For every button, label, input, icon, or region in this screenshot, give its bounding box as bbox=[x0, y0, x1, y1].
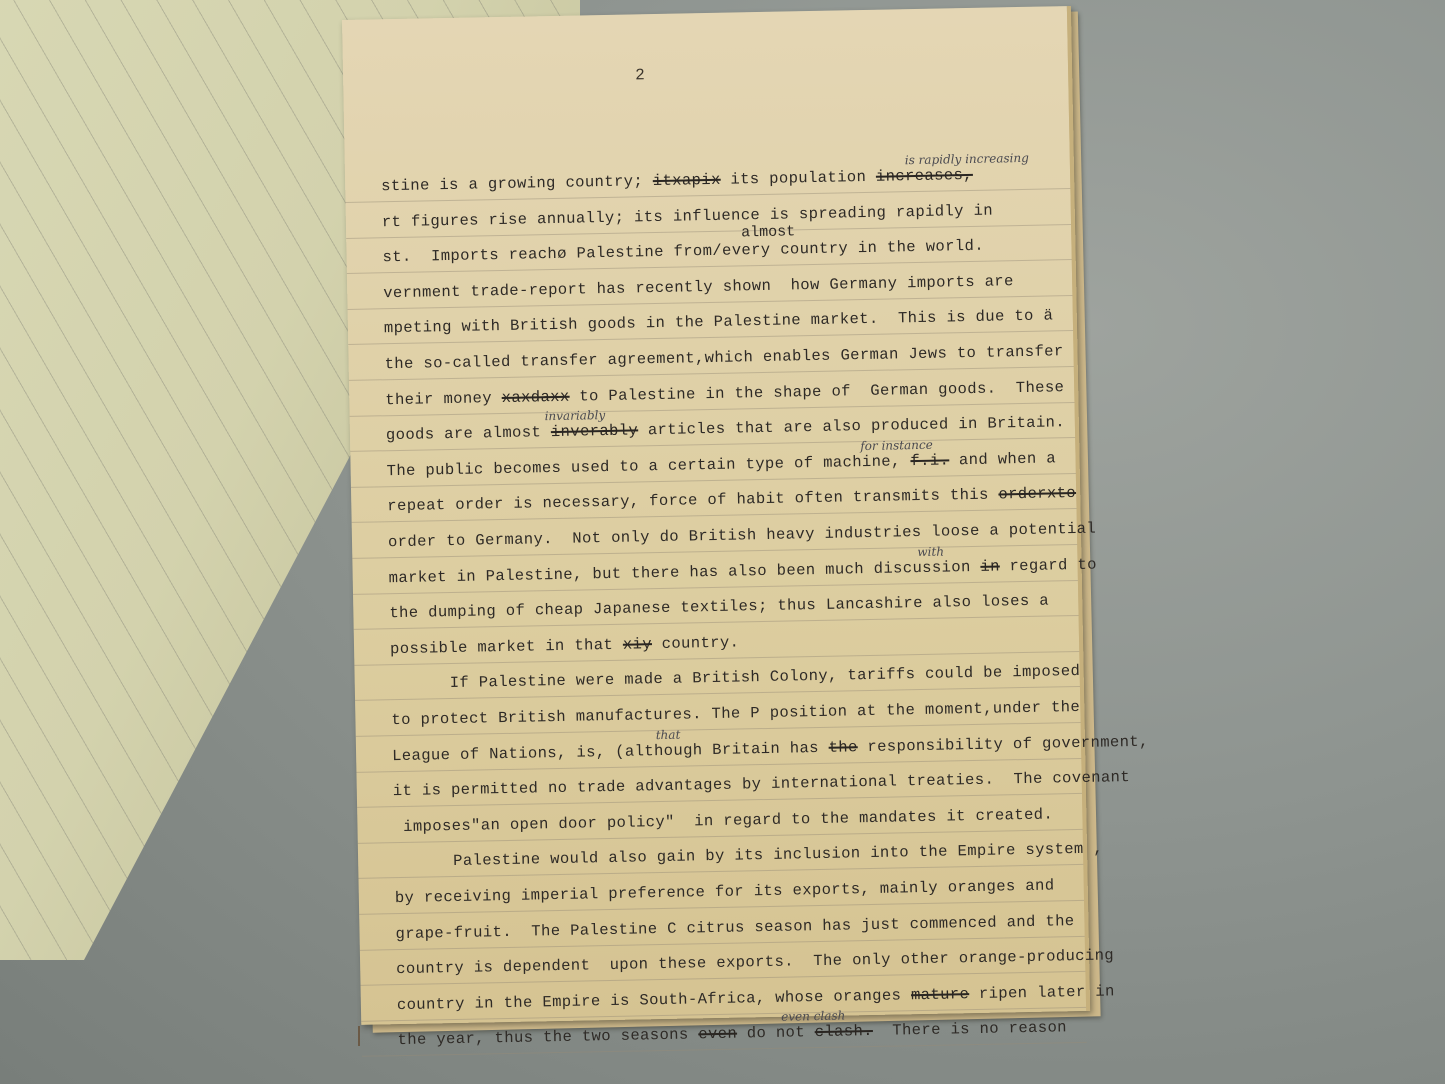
line-text: country. bbox=[652, 633, 740, 653]
handwritten-correction: for instance bbox=[860, 438, 933, 453]
typed-line: possible market in that xiy country. bbox=[390, 633, 740, 658]
page-number: 2 bbox=[635, 66, 645, 84]
line-text: possible market in that bbox=[390, 636, 623, 658]
line-text: do not bbox=[737, 1024, 815, 1043]
handwritten-correction: that bbox=[656, 727, 681, 741]
line-text: League of Nations, is, (although Britain… bbox=[392, 738, 829, 764]
struck-text: itxapix bbox=[653, 171, 721, 190]
line-text: regard to bbox=[1000, 555, 1097, 575]
handwritten-correction: even clash bbox=[781, 1009, 845, 1024]
struck-text: clash. bbox=[815, 1022, 874, 1041]
typed-line: League of Nations, is, (although Britain… bbox=[392, 732, 1149, 765]
struck-text: xiy bbox=[623, 635, 652, 654]
line-text: responsibility of government, bbox=[858, 732, 1149, 756]
struck-text: the bbox=[828, 738, 857, 757]
line-text: to Palestine in the shape of German good… bbox=[569, 378, 1064, 405]
line-text: goods are almost bbox=[386, 423, 551, 444]
line-text: their money bbox=[385, 389, 502, 409]
handwritten-correction: is rapidly increasing bbox=[905, 151, 1029, 167]
struck-text: orderxto bbox=[998, 484, 1076, 503]
line-text: its population bbox=[721, 168, 877, 189]
typed-line: it is permitted no trade advantages by i… bbox=[393, 768, 1131, 800]
struck-text: in bbox=[980, 557, 1000, 575]
binding-thread bbox=[358, 1026, 360, 1046]
handwritten-correction: with bbox=[917, 544, 944, 559]
line-text: articles that are also produced in Brita… bbox=[638, 413, 1065, 439]
handwritten-correction: invariably bbox=[545, 408, 606, 423]
line-text: and when a bbox=[949, 449, 1056, 469]
typed-page: 2 stine is a growing country; itxapix it… bbox=[342, 6, 1090, 1025]
struck-text: f.i. bbox=[910, 451, 949, 470]
line-text: it is permitted no trade advantages by i… bbox=[393, 768, 1131, 800]
struck-text: even bbox=[698, 1025, 737, 1044]
typed-insertion: almost bbox=[741, 223, 795, 241]
line-text: There is no reason bbox=[873, 1019, 1067, 1041]
struck-text: increases, bbox=[876, 166, 973, 186]
line-text: ripen later in bbox=[969, 982, 1115, 1003]
struck-text: xaxdaxx bbox=[502, 387, 570, 406]
line-text: The public becomes used to a certain typ… bbox=[386, 452, 910, 480]
line-text: stine is a growing country; bbox=[381, 172, 653, 195]
struck-text: inverably bbox=[551, 422, 639, 442]
struck-text: mature bbox=[911, 985, 970, 1004]
